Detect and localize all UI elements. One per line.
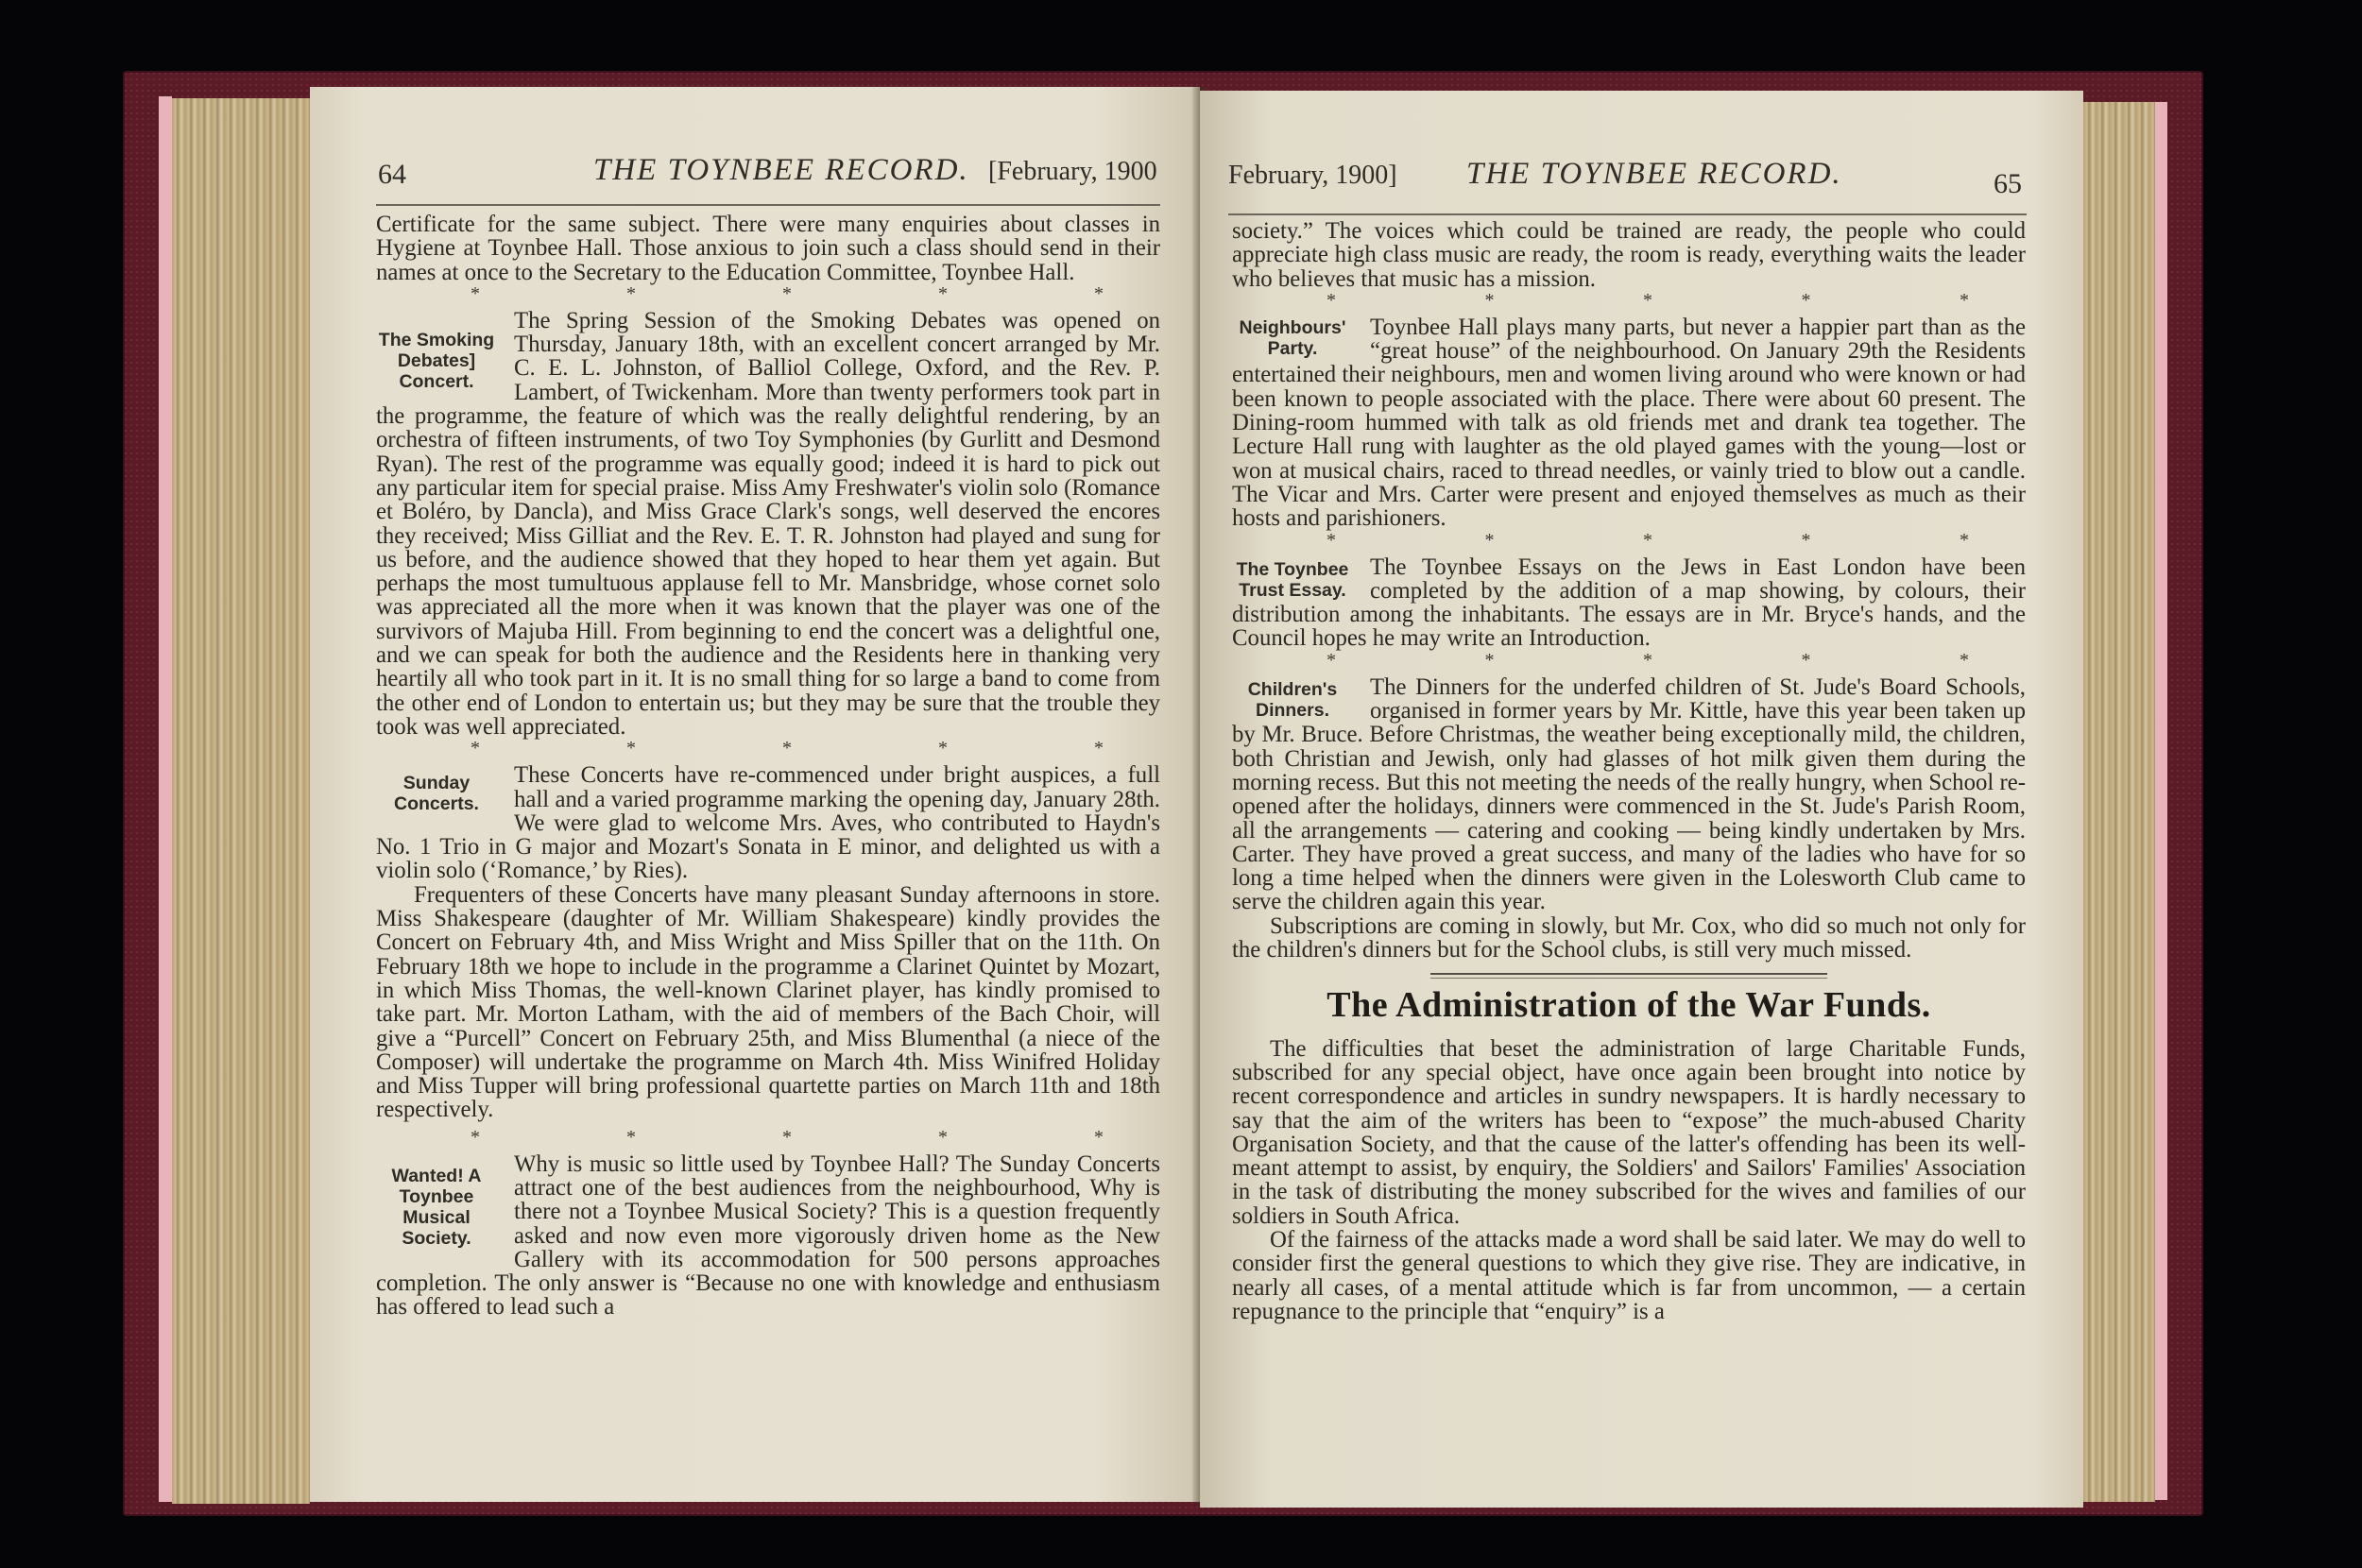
running-title: THE TOYNBEE RECORD. [593,153,969,188]
paragraph: Frequenters of these Concerts have many … [376,883,1160,1122]
running-date: February, 1900] [1228,161,1397,191]
opening-paragraph: society.” The voices which could be trai… [1232,219,2026,291]
sidenote: Neighbours' Party. [1232,317,1353,359]
sidenote: The Toynbee Trust Essay. [1232,559,1353,601]
header-rule [376,204,1160,206]
article-divider [1430,973,1827,979]
section-divider: ***** [376,1128,1160,1152]
section-divider: ***** [376,284,1160,309]
page-number: 64 [378,159,406,191]
section-divider: ***** [1232,531,2026,555]
page-block-right [2083,102,2155,1502]
right-page: February, 1900] THE TOYNBEE RECORD. 65 s… [1200,91,2083,1508]
sidenote: Wanted! A Toynbee Musical Society. [376,1166,497,1249]
section-sunday-concerts: Sunday Concerts. These Concerts have re-… [376,763,1160,1121]
paragraph: Of the fairness of the attacks made a wo… [1232,1228,2026,1323]
section-musical-society: Wanted! A Toynbee Musical Society. Why i… [376,1152,1160,1320]
right-running-head: February, 1900] THE TOYNBEE RECORD. 65 [1200,157,2083,204]
opening-paragraph: Certificate for the same subject. There … [376,213,1160,284]
paragraph: The difficulties that beset the administ… [1232,1037,2026,1228]
right-body: society.” The voices which could be trai… [1232,219,2026,1323]
article-heading: The Administration of the War Funds. [1232,994,2026,1017]
section-divider: ***** [1232,291,2026,315]
running-date: [February, 1900 [988,157,1157,187]
left-running-head: 64 THE TOYNBEE RECORD. [February, 1900 [310,153,1200,200]
sidenote: Sunday Concerts. [376,773,497,814]
header-rule [1228,213,2027,215]
endpaper-edge-left [159,96,172,1502]
page-block-left [172,98,310,1504]
section-trust-essay: The Toynbee Trust Essay. The Toynbee Ess… [1232,555,2026,651]
paragraph: Subscriptions are coming in slowly, but … [1232,914,2026,963]
left-page: 64 THE TOYNBEE RECORD. [February, 1900 C… [310,87,1200,1502]
section-divider: ***** [376,739,1160,763]
sidenote: The Smoking Debates] Concert. [376,330,497,392]
section-smoking-debates: The Smoking Debates] Concert. The Spring… [376,309,1160,739]
section-divider: ***** [1232,651,2026,675]
running-title: THE TOYNBEE RECORD. [1466,157,1842,192]
section-childrens-dinners: Children's Dinners. The Dinners for the … [1232,675,2026,963]
endpaper-edge-right [2154,102,2167,1500]
page-number: 65 [1994,168,2022,200]
left-body: Certificate for the same subject. There … [376,213,1160,1320]
section-neighbours-party: Neighbours' Party. Toynbee Hall plays ma… [1232,315,2026,531]
sidenote: Children's Dinners. [1232,679,1353,721]
